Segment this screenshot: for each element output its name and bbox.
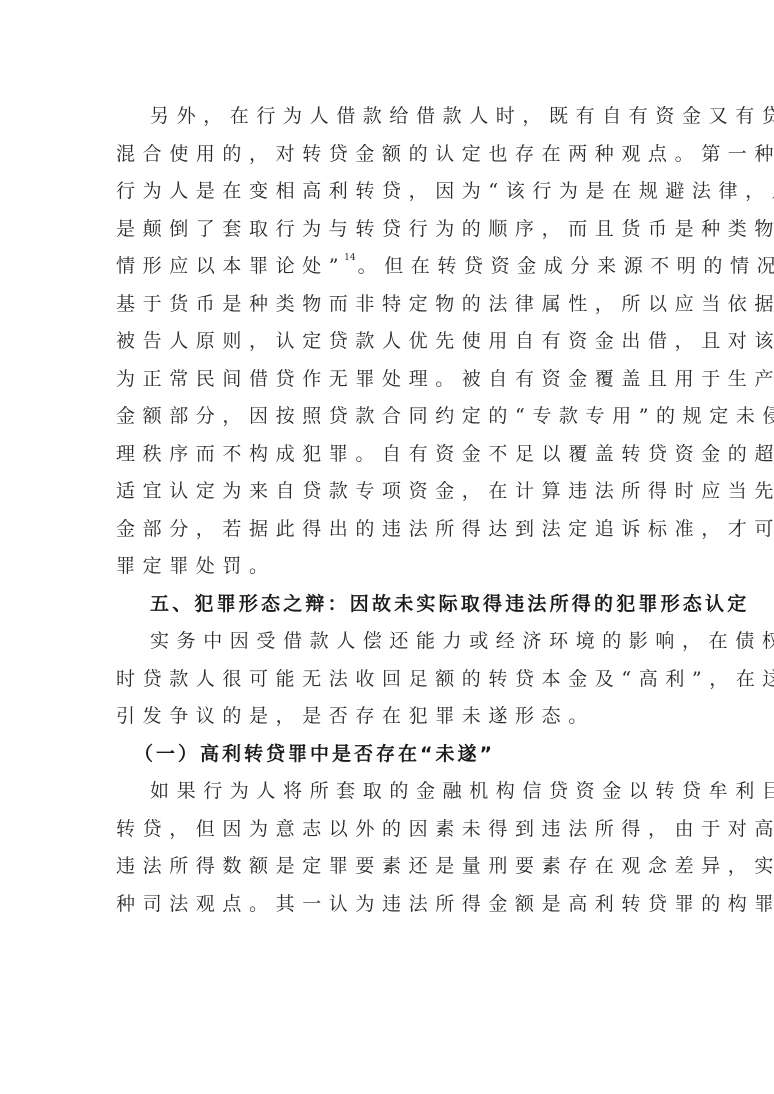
text-line: 适宜认定为来自贷款专项资金，在计算违法所得时应当先扣除自有资 xyxy=(116,473,660,511)
text-line: 是颠倒了套取行为与转贷行为的顺序，而且货币是种类物，因此这种 xyxy=(116,211,660,249)
text-segment: 。但在转贷资金成分来源不明的情况下，正是 xyxy=(358,255,774,277)
text-line: 金额部分，因按照贷款合同约定的“专款专用”的规定未侵害金融管 xyxy=(116,398,660,436)
text-segment: 情形应以本罪论处” xyxy=(116,255,346,277)
text-line: 引发争议的是，是否存在犯罪未遂形态。 xyxy=(116,698,660,736)
text-line: 金部分，若据此得出的违法所得达到法定追诉标准，才可以高利转贷 xyxy=(116,511,660,549)
text-line: 混合使用的，对转贷金额的认定也存在两种观点。第一种观点认为， xyxy=(116,136,660,174)
text-line: 罪定罪处罚。 xyxy=(116,548,660,586)
text-line: 实务中因受借款人偿还能力或经济环境的影响，在债权债务到期 xyxy=(116,623,660,661)
document-page: 另外，在行为人借款给借款人时，既有自有资金又有贷款资金且 混合使用的，对转贷金额… xyxy=(116,98,660,923)
text-line: 行为人是在变相高利转贷，因为“该行为是在规避法律，从实质上只 xyxy=(116,173,660,211)
subsection-heading: （一）高利转贷罪中是否存在“未遂” xyxy=(116,736,660,774)
footnote-reference[interactable]: 14 xyxy=(344,253,355,263)
section-heading: 五、犯罪形态之辩：因故未实际取得违法所得的犯罪形态认定 xyxy=(116,586,660,624)
text-line: 情形应以本罪论处”14。但在转贷资金成分来源不明的情况下，正是 xyxy=(116,248,660,286)
text-line: 时贷款人很可能无法收回足额的转贷本金及“高利”，在这种情况下， xyxy=(116,661,660,699)
text-line: 转贷，但因为意志以外的因素未得到违法所得，由于对高利转贷罪的 xyxy=(116,811,660,849)
text-line: 种司法观点。其一认为违法所得金额是高利转贷罪的构罪要素，如果 xyxy=(116,886,660,924)
text-line: 违法所得数额是定罪要素还是量刑要素存在观念差异，实践中存在两 xyxy=(116,848,660,886)
text-line: 为正常民间借贷作无罪处理。被自有资金覆盖且用于生产经营的贷款 xyxy=(116,361,660,399)
text-line: 如果行为人将所套取的金融机构信贷资金以转贷牟利目的予以 xyxy=(116,773,660,811)
text-line: 被告人原则，认定贷款人优先使用自有资金出借，且对该部分应当视 xyxy=(116,323,660,361)
text-line: 另外，在行为人借款给借款人时，既有自有资金又有贷款资金且 xyxy=(116,98,660,136)
text-line: 基于货币是种类物而非特定物的法律属性，所以应当依据存疑有利于 xyxy=(116,286,660,324)
text-line: 理秩序而不构成犯罪。自有资金不足以覆盖转贷资金的超出部分，才 xyxy=(116,436,660,474)
